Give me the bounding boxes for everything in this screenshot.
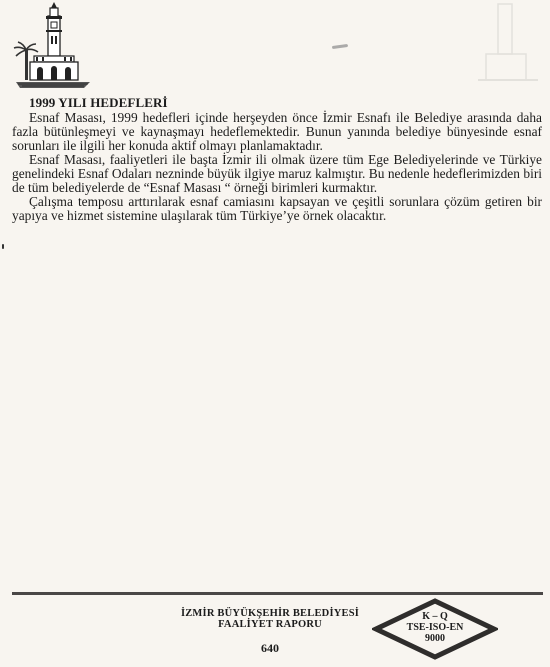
paragraph: Esnaf Masası, faaliyetleri ile başta İzm… (12, 153, 542, 195)
section-heading: 1999 YILI HEDEFLERİ (29, 96, 542, 110)
footer-org-line1: İZMİR BÜYÜKŞEHİR BELEDİYESİ (140, 608, 400, 619)
certification-line3: 9000 (372, 633, 498, 644)
paragraph: Esnaf Masası, 1999 hedefleri içinde herş… (12, 111, 542, 153)
watermark-tower-icon (468, 0, 548, 88)
scan-smudge (332, 44, 348, 49)
certification-badge: K – Q TSE-ISO-EN 9000 (372, 597, 498, 661)
footer-rule (12, 592, 543, 595)
scan-mark (2, 244, 4, 249)
certification-line1: K – Q (372, 611, 498, 622)
certification-text: K – Q TSE-ISO-EN 9000 (372, 611, 498, 644)
page-number: 640 (240, 641, 300, 656)
paragraph: Çalışma temposu arttırılarak esnaf camia… (12, 195, 542, 223)
footer-organization: İZMİR BÜYÜKŞEHİR BELEDİYESİ FAALİYET RAP… (140, 608, 400, 630)
certification-line2: TSE-ISO-EN (372, 622, 498, 633)
footer-org-line2: FAALİYET RAPORU (140, 619, 400, 630)
section-content: 1999 YILI HEDEFLERİ Esnaf Masası, 1999 h… (12, 96, 542, 223)
izmir-clock-tower-icon (10, 2, 92, 90)
